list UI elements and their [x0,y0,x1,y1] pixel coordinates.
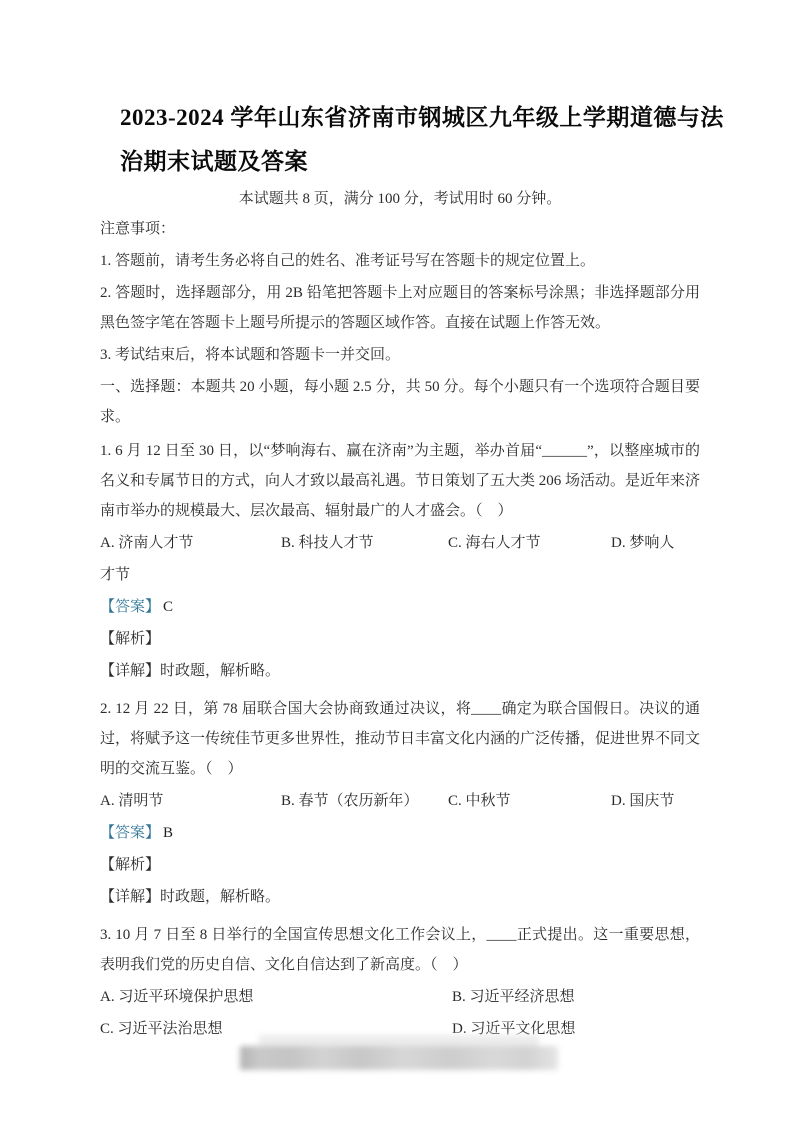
option-a: A. 习近平环境保护思想 [100,982,452,1012]
exam-document-page: 2023-2024 学年山东省济南市钢城区九年级上学期道德与法 治期末试题及答案… [0,0,793,1122]
notice-item-3: 3. 考试结束后，将本试题和答题卡一并交回。 [100,340,700,370]
answer-label: 【答案】 [100,599,160,615]
notice-heading: 注意事项： [100,214,700,244]
question-3-stem: 3. 10 月 7 日至 8 日举行的全国宣传思想文化工作会议上，____正式提… [100,920,700,980]
option-d: D. 梦响人 [611,528,700,558]
notice-item-1: 1. 答题前，请考生务必将自己的姓名、准考证号写在答题卡的规定位置上。 [100,246,700,276]
blurred-watermark-bar [240,1046,558,1070]
answer-label: 【答案】 [100,825,160,841]
detail-text: 时政题，解析略。 [160,889,280,905]
detail-label: 【详解】 [100,663,160,679]
option-d-carry: 才节 [100,560,700,590]
document-content: 2023-2024 学年山东省济南市钢城区九年级上学期道德与法 治期末试题及答案… [100,96,700,1044]
answer-value: B [163,825,173,841]
question-3: 3. 10 月 7 日至 8 日举行的全国宣传思想文化工作会议上，____正式提… [100,920,700,1044]
question-2: 2. 12 月 22 日，第 78 届联合国大会协商致通过决议，将____确定为… [100,694,700,912]
option-c: C. 中秋节 [448,786,611,816]
option-a: A. 清明节 [100,786,281,816]
detail-label: 【详解】 [100,889,160,905]
answer-value: C [163,599,173,615]
question-1-detail-line: 【详解】时政题，解析略。 [100,656,700,686]
option-c: C. 海右人才节 [448,528,611,558]
question-1-options-row: A. 济南人才节 B. 科技人才节 C. 海右人才节 D. 梦响人 [100,528,700,558]
option-b: B. 科技人才节 [281,528,448,558]
page-title-line-1: 2023-2024 学年山东省济南市钢城区九年级上学期道德与法 [120,96,700,140]
question-3-options-row-1: A. 习近平环境保护思想 B. 习近平经济思想 [100,982,700,1012]
question-2-stem: 2. 12 月 22 日，第 78 届联合国大会协商致通过决议，将____确定为… [100,694,700,784]
option-a: A. 济南人才节 [100,528,281,558]
exam-info: 本试题共 8 页，满分 100 分，考试用时 60 分钟。 [100,186,700,212]
option-d: D. 国庆节 [611,786,700,816]
question-2-detail-line: 【详解】时政题，解析略。 [100,882,700,912]
section-header: 一、选择题：本题共 20 小题，每小题 2.5 分，共 50 分。每个小题只有一… [100,372,700,432]
question-2-analysis-label: 【解析】 [100,850,700,880]
question-1-answer-line: 【答案】C [100,592,700,622]
option-b: B. 习近平经济思想 [452,982,575,1012]
notice-item-2: 2. 答题时，选择题部分，用 2B 铅笔把答题卡上对应题目的答案标号涂黑；非选择… [100,278,700,338]
question-2-options-row: A. 清明节 B. 春节（农历新年） C. 中秋节 D. 国庆节 [100,786,700,816]
question-1-analysis-label: 【解析】 [100,624,700,654]
question-1: 1. 6 月 12 日至 30 日，以“梦响海右、赢在济南”为主题，举办首届“_… [100,436,700,686]
detail-text: 时政题，解析略。 [160,663,280,679]
question-1-stem: 1. 6 月 12 日至 30 日，以“梦响海右、赢在济南”为主题，举办首届“_… [100,436,700,526]
option-b: B. 春节（农历新年） [281,786,448,816]
page-title-line-2: 治期末试题及答案 [120,140,700,184]
question-2-answer-line: 【答案】B [100,818,700,848]
